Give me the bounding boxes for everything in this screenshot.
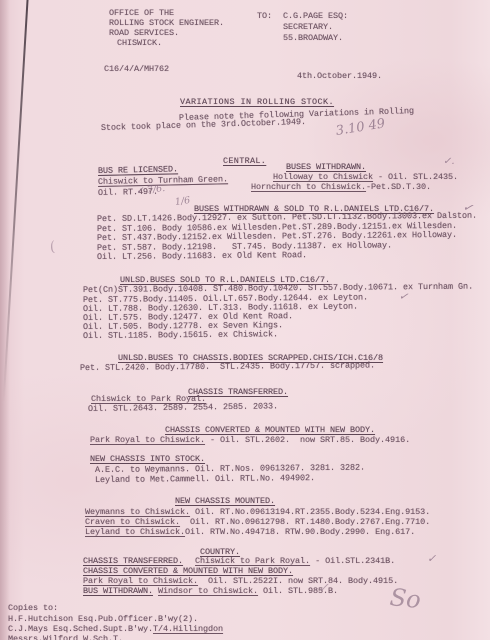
detail-text: Oil. STL.2522I. now SRT.84. Body.4915.	[198, 576, 398, 586]
margin-pencil-mark: (	[48, 239, 57, 256]
scanned-memo-page: OFFICE OF THE ROLLING STOCK ENGINEER. RO…	[0, 0, 490, 640]
new-chassis-mounted-row: Weymanns to Chiswick. Oil. RT.No.0961319…	[85, 508, 430, 517]
label-text: BUS WITHDRAWN.	[83, 586, 153, 596]
recipient-line: C.G.PAGE ESQ:	[283, 12, 348, 21]
new-chassis-mounted-row: Craven to Chiswick. Oil. RT.No.09612798.…	[85, 518, 430, 527]
handwritten-tick: ✓	[427, 552, 436, 565]
copies-line: Messrs.Wilford W.Sch.T.	[8, 635, 123, 640]
handwritten-tick: ✓.	[443, 156, 455, 167]
recipient-line: 55.BROADWAY.	[283, 34, 343, 43]
withdrawn-sold-line: Oil. LT.256. Body.11683. ex Old Kent Roa…	[97, 251, 307, 262]
handwritten-tick: ✓	[318, 581, 329, 596]
sender-line: ROLLING STOCK ENGINEER.	[109, 19, 224, 28]
route-text: Weymanns to Chiswick.	[85, 507, 190, 517]
sender-line: CHISWICK.	[117, 39, 162, 48]
chassis-converted-heading: CHASSIS CONVERTED & MOUNTED WITH NEW BOD…	[165, 426, 375, 435]
sender-line: OFFICE OF THE	[109, 9, 174, 18]
route-text: Park Royal to Chiswick.	[90, 435, 205, 445]
handwritten-note: ✓ 7/6.	[135, 183, 165, 197]
unlsd-scrapped-line: Pet. STL.2420. Body.17780. STL.2435. Bod…	[80, 361, 375, 373]
detail-text: Oil. RT.No.09613194.RT.2355.Body.5234.En…	[190, 507, 430, 517]
buses-withdrawn-row: Holloway to Chiswick - Oil. STL.2435.	[273, 173, 458, 182]
country-converted-heading: CHASSIS CONVERTED & MOUNTED WITH NEW BOD…	[83, 567, 293, 576]
detail-text: - Oil. STL.2435.	[373, 172, 458, 182]
detail-text: -Pet.SD.T.30.	[366, 182, 431, 192]
new-chassis-mounted-row: Leyland to Chiswick.Oil. RTW.No.494718. …	[85, 528, 415, 537]
copies-label: Copies to:	[8, 604, 58, 613]
copies-line: H.F.Hutchison Esq.Pub.Officer.B'wy(2).	[8, 615, 198, 624]
buses-withdrawn-row: Hornchurch to Chiswick.-Pet.SD.T.30.	[251, 183, 431, 192]
copies-text: C.J.Mays Esq.Sched.Supt.B'wy.	[8, 624, 153, 634]
section-heading-central: CENTRAL.	[223, 157, 266, 166]
route-text: Holloway to Chiswick	[273, 172, 373, 182]
reference-number: C16/4/A/MH762	[104, 65, 169, 74]
detail-text: Oil. RTW.No.494718. RTW.90.Body.2990. En…	[185, 527, 415, 537]
unlsd-sold-line: Oil. STL.1185. Body.15615. ex Chiswick.	[83, 330, 278, 341]
bus-relicensed-heading: BUS RE LICENSED.	[98, 165, 178, 176]
new-chassis-stock-line: Leyland to Met.Cammell. Oil. RTL.No. 494…	[95, 474, 315, 485]
route-text: Windsor to Chiswick.	[158, 586, 258, 596]
detail-text: - Oil. STL.2602. now SRT.85. Body.4916.	[205, 435, 410, 445]
copies-underlined: T/4.Hillingdon	[153, 624, 223, 634]
route-text: Leyland to Chiswick.	[85, 527, 185, 537]
handwritten-date: 3.10 49	[335, 116, 386, 139]
chassis-converted-row: Park Royal to Chiswick. - Oil. STL.2602.…	[90, 436, 410, 445]
label-text: CHASSIS TRANSFERRED.	[83, 556, 183, 566]
route-text: Park Royal to Chiswick.	[83, 576, 198, 586]
route-text: Craven to Chiswick.	[85, 517, 180, 527]
recipient-line: SECRETARY.	[283, 23, 333, 32]
country-converted-row: Park Royal to Chiswick. Oil. STL.2522I. …	[83, 577, 398, 586]
new-chassis-stock-heading: NEW CHASSIS INTO STOCK.	[90, 455, 205, 464]
new-chassis-mounted-heading: NEW CHASSIS MOUNTED.	[175, 497, 275, 506]
route-text: Hornchurch to Chiswick.	[251, 182, 366, 192]
intro-line: Stock took place on the 3rd.October.1949…	[101, 118, 306, 133]
document-title: VARIATIONS IN ROLLING STOCK.	[180, 98, 334, 107]
country-withdrawn-row: BUS WITHDRAWN.Windsor to Chiswick. Oil. …	[83, 587, 338, 596]
handwritten-tick: ✓	[398, 289, 409, 303]
sender-line: ROAD SERVICES.	[109, 29, 179, 38]
detail-text: - Oil.STL.2341B.	[310, 556, 395, 566]
handwritten-note: 1/6	[174, 195, 191, 208]
detail-text: Oil. RT.No.09612798. RT.1480.Body.2767.E…	[180, 517, 430, 527]
country-transferred-row: CHASSIS TRANSFERRED.Chiswick to Park Roy…	[83, 557, 395, 566]
route-text: Chiswick to Park Royal.	[195, 556, 310, 566]
copies-line: C.J.Mays Esq.Sched.Supt.B'wy.T/4.Hilling…	[8, 625, 223, 634]
to-label: TO:	[257, 12, 272, 21]
document-date: 4th.October.1949.	[297, 72, 382, 81]
handwritten-flourish: So	[389, 583, 423, 614]
chassis-transferred-detail: Oil. STL.2643. 2589. 2554. 2585. 2033.	[88, 402, 278, 414]
buses-withdrawn-heading: BUSES WITHDRAWN.	[286, 163, 366, 172]
